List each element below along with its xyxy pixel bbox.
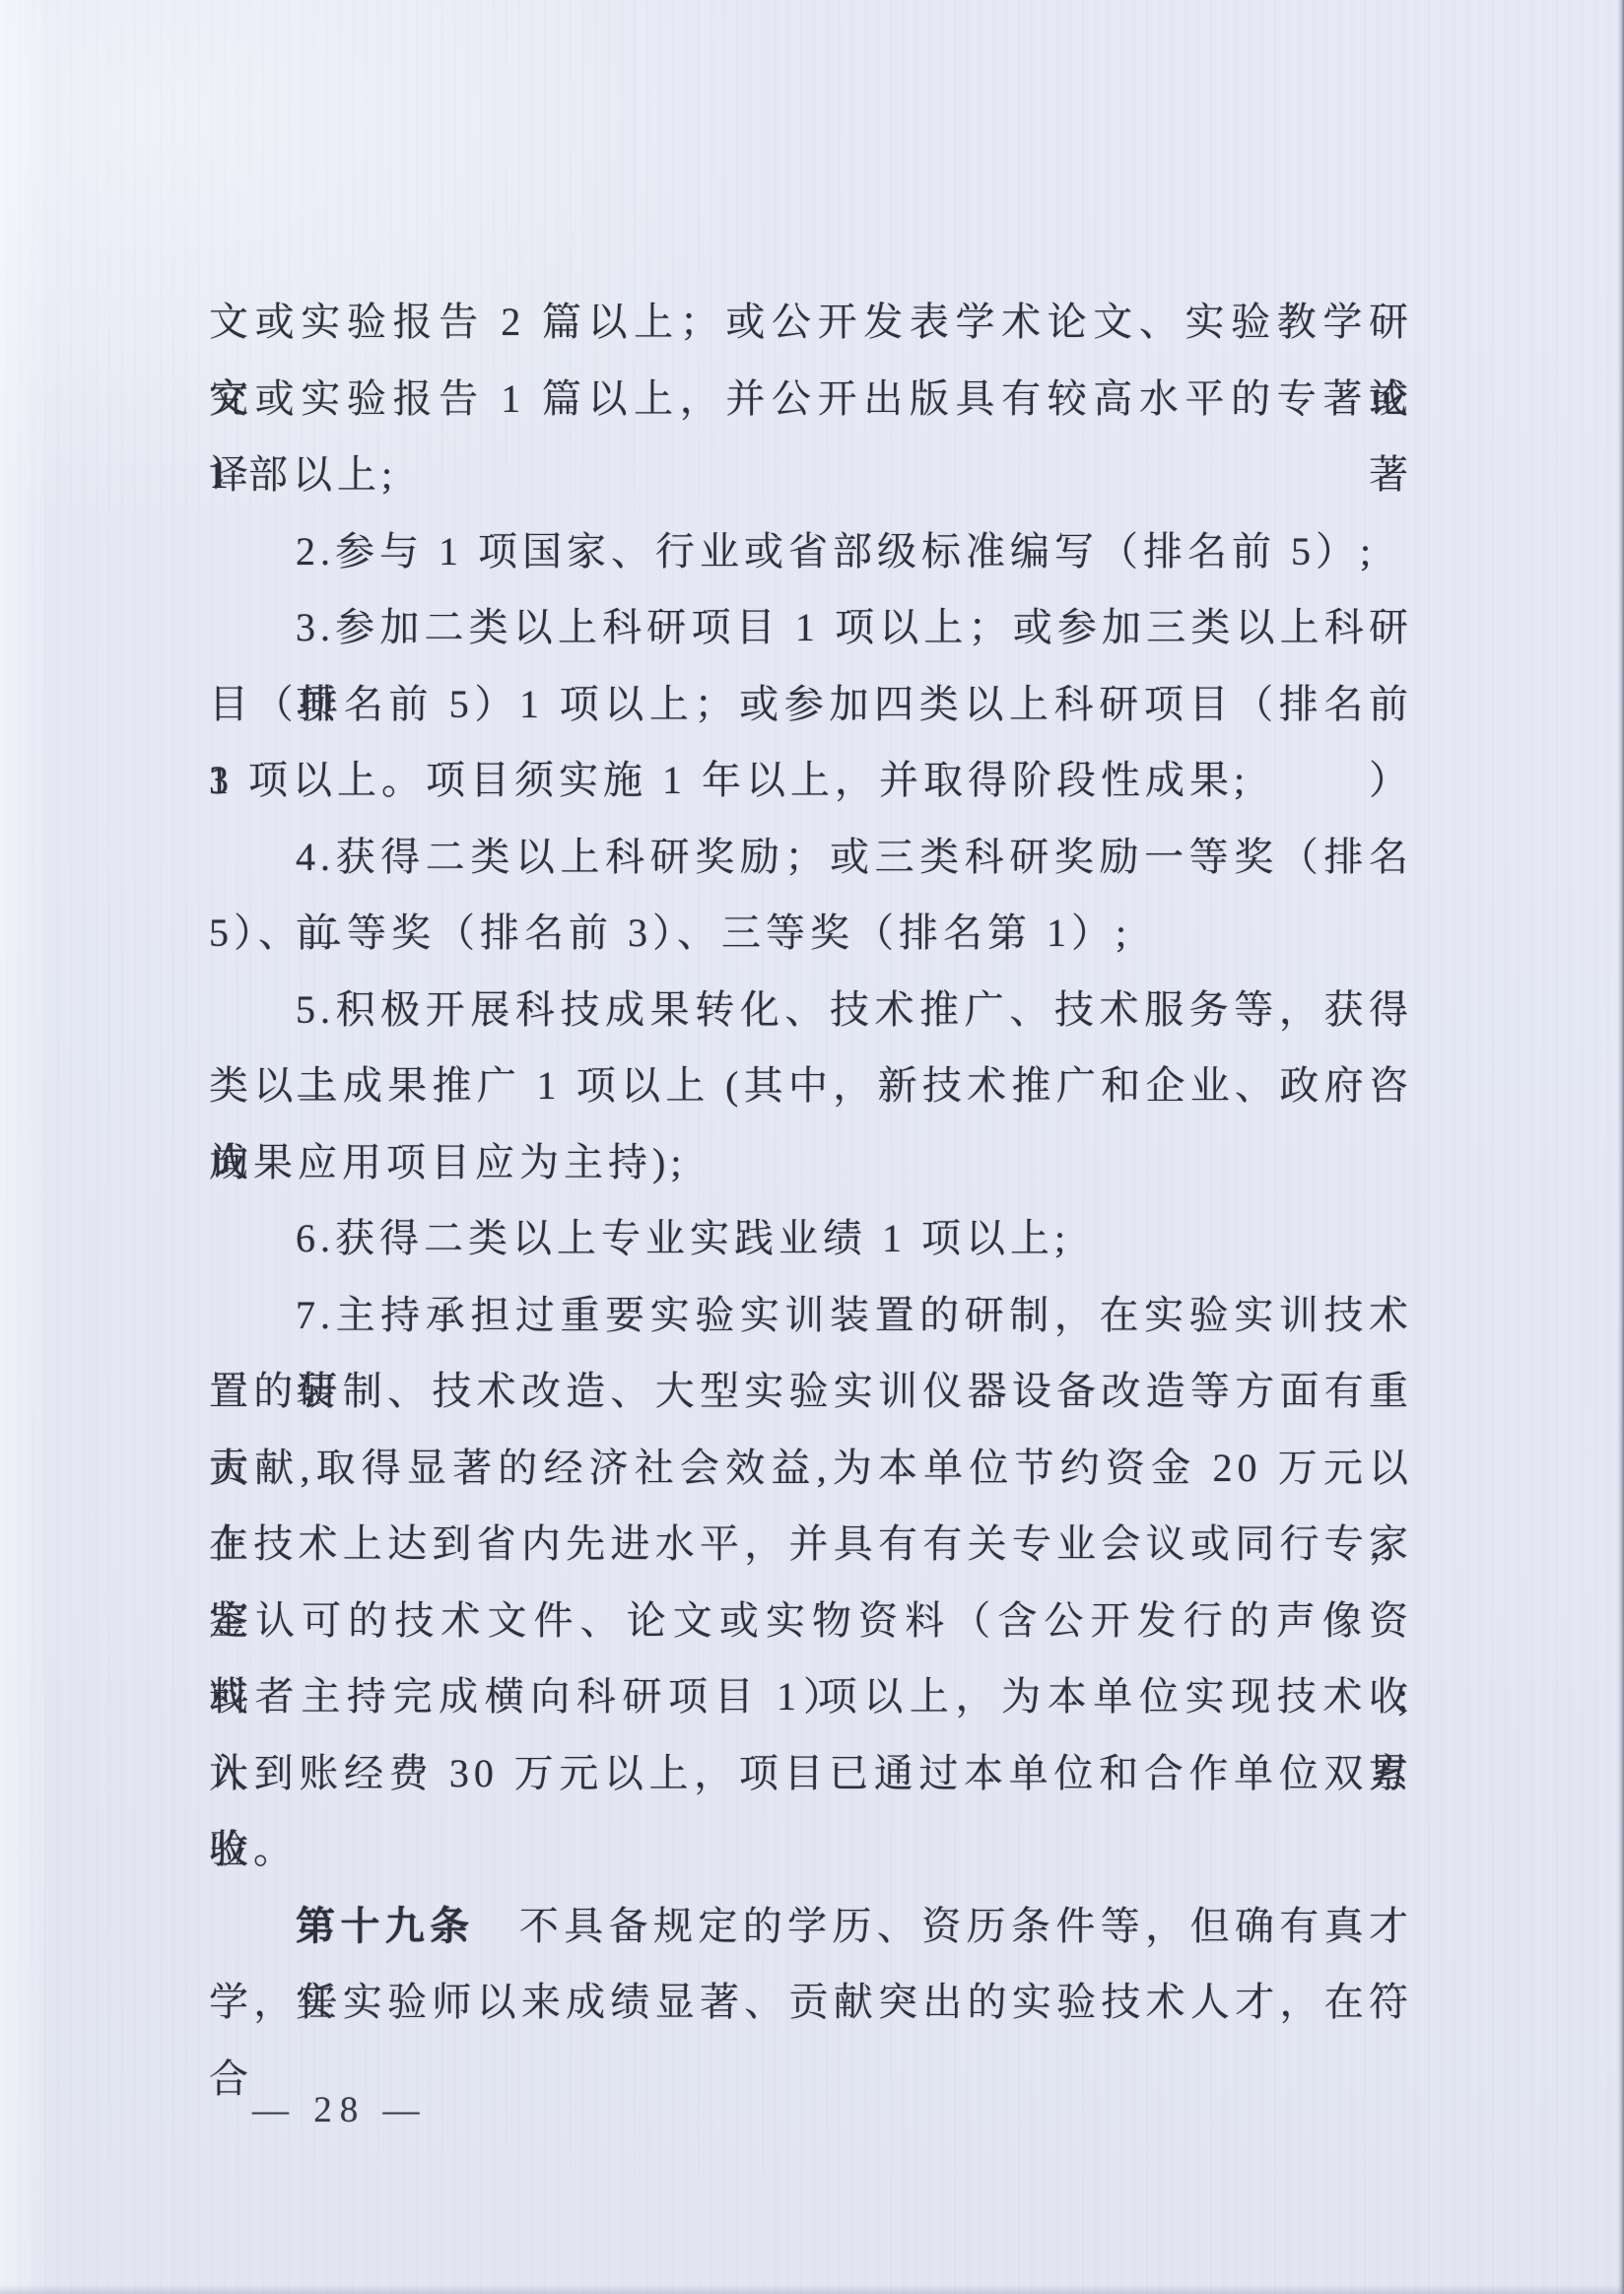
text-line-item-3: 3.参加二类以上科研项目 1 项以上；或参加三类以上科研项 [209, 589, 1413, 666]
text-line: 置的研制、技术改造、大型实验实训仪器设备改造等方面有重大 [209, 1353, 1413, 1430]
scan-bottom-edge-shadow [0, 2285, 1624, 2294]
text-line: 文或实验报告 2 篇以上；或公开发表学术论文、实验教学研究论 [209, 284, 1413, 361]
article-19-heading: 第十九条 [296, 1904, 475, 1948]
text-line: 文或实验报告 1 篇以上，并公开出版具有较高水平的专著或译著 [209, 361, 1413, 438]
text-line: 定认可的技术文件、论文或实物资料（含公开发行的声像资料）; [209, 1583, 1413, 1659]
text-line: 5）、二等奖（排名前 3）、三等奖（排名第 1）; [209, 895, 1413, 972]
text-line: 收。 [209, 1811, 1413, 1888]
scan-right-edge-shadow [1617, 0, 1624, 2294]
text-line-item-4: 4.获得二类以上科研奖励；或三类科研奖励一等奖（排名前 [209, 819, 1413, 896]
text-line: 1 项以上。项目须实施 1 年以上，并取得阶段性成果; [209, 742, 1413, 819]
text-line-item-7: 7.主持承担过重要实验实训装置的研制，在实验实训技术装 [209, 1277, 1413, 1354]
text-line-item-6: 6.获得二类以上专业实践业绩 1 项以上; [209, 1200, 1413, 1277]
text-line: 成果应用项目应为主持); [209, 1124, 1413, 1201]
page-number: — 28 — [252, 2081, 428, 2140]
text-line-item-5: 5.积极开展科技成果转化、技术推广、技术服务等，获得二 [209, 972, 1413, 1048]
text-line: 目（排名前 5）1 项以上；或参加四类以上科研项目（排名前 3） [209, 666, 1413, 743]
text-line: 在技术上达到省内先进水平，并具有有关专业会议或同行专家鉴 [209, 1506, 1413, 1583]
text-line: 计到账经费 30 万元以上，项目已通过本单位和合作单位双方验 [209, 1735, 1413, 1812]
text-line: 学，任实验师以来成绩显著、贡献突出的实验技术人才，在符合 [209, 1964, 1413, 2041]
text-line-article-19: 第十九条 不具备规定的学历、资历条件等，但确有真才实 [209, 1888, 1413, 1965]
text-line: 或者主持完成横向科研项目 1 项以上，为本单位实现技术收入累 [209, 1658, 1413, 1735]
text-line: 类以上成果推广 1 项以上 (其中，新技术推广和企业、政府咨询 [209, 1047, 1413, 1124]
text-line-item-2: 2.参与 1 项国家、行业或省部级标准编写（排名前 5）; [209, 513, 1413, 590]
document-body: 文或实验报告 2 篇以上；或公开发表学术论文、实验教学研究论 文或实验报告 1 … [209, 284, 1413, 2041]
text-line: 贡献,取得显著的经济社会效益,为本单位节约资金 20 万元以上， [209, 1430, 1413, 1507]
